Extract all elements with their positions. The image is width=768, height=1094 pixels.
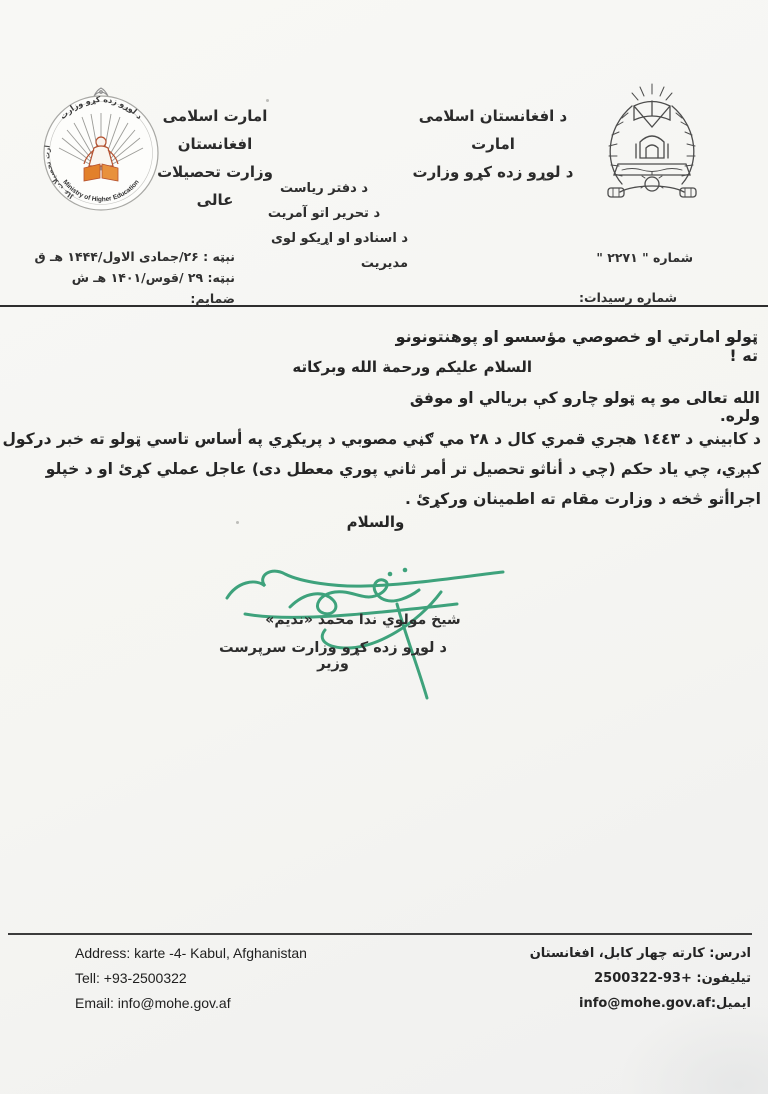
footer-tel-en: Tell: +93-2500322 bbox=[75, 966, 307, 991]
signatory-name: شیخ مولوي ندا محمد «ندیم» bbox=[243, 612, 483, 628]
footer-address-fa: ادرس: کارته چهار کابل، افغانستان bbox=[451, 941, 751, 966]
department-block: د دفتر ریاست د تحریر اتو آمریت د اسنادو … bbox=[240, 176, 408, 276]
footer-email-en: Email: info@mohe.gov.af bbox=[75, 991, 307, 1016]
closing-salutation: والسلام bbox=[328, 513, 423, 531]
paragraph-line2: کېږي، چي یاد حکم (چي د أناثو تحصیل تر أم… bbox=[62, 454, 761, 484]
ref-number: شماره " ۲۲۷۱ " bbox=[593, 247, 693, 268]
national-emblem-icon bbox=[592, 80, 712, 206]
footer-english-block: Address: karte -4- Kabul, Afghanistan Te… bbox=[75, 941, 307, 1016]
date-solar: نېټه: ۲۹ /قوس/۱۴۰۱ هـ ش bbox=[33, 267, 235, 288]
scanned-letter-page: د لوړو زده کړو وزارت وزارت تحصیلات عالی … bbox=[0, 0, 768, 1094]
signatory-title: د لوړو زده کړو وزارت سرپرست وزیر bbox=[202, 640, 464, 672]
right-org-line1: د افغانستان اسلامی امارت bbox=[408, 102, 578, 158]
greeting-line: السلام علیکم ورحمة الله وبرکاته bbox=[282, 358, 532, 376]
header-divider bbox=[0, 305, 768, 307]
footer-tel-fa: تیلیفون: +93-2500322 bbox=[451, 966, 751, 991]
scan-smudge bbox=[618, 1004, 768, 1094]
footer-divider bbox=[8, 933, 752, 935]
date-block: نېټه : ۲۶/جمادی الاول/۱۴۴۴ هـ ق نېټه: ۲۹… bbox=[33, 246, 235, 309]
dept-line3: د اسنادو او اړیکو لوی مدیریت bbox=[240, 226, 408, 276]
paragraph-line3: اجراأتو څخه د وزارت مقام ته اطمینان ورکړ… bbox=[62, 484, 761, 514]
right-org-line2: د لوړو زده کړو وزارت bbox=[408, 158, 578, 186]
scan-speck bbox=[266, 99, 269, 102]
dept-line1: د دفتر ریاست bbox=[240, 176, 408, 201]
date-hijri: نېټه : ۲۶/جمادی الاول/۱۴۴۴ هـ ق bbox=[33, 246, 235, 267]
left-org-line1: امارت اسلامی افغانستان bbox=[140, 102, 290, 158]
footer-address-en: Address: karte -4- Kabul, Afghanistan bbox=[75, 941, 307, 966]
right-org-block: د افغانستان اسلامی امارت د لوړو زده کړو … bbox=[408, 102, 578, 186]
dept-line2: د تحریر اتو آمریت bbox=[240, 201, 408, 226]
scan-speck bbox=[236, 521, 239, 524]
main-paragraph: د کابیني د ١٤٤٣ هجري قمري کال د ۲۸ مي ګڼ… bbox=[62, 424, 761, 514]
blessing-line: الله تعالی مو په ټولو چارو کې بریالي او … bbox=[400, 389, 760, 425]
paragraph-line1: د کابیني د ١٤٤٣ هجري قمري کال د ۲۸ مي ګڼ… bbox=[62, 424, 761, 454]
